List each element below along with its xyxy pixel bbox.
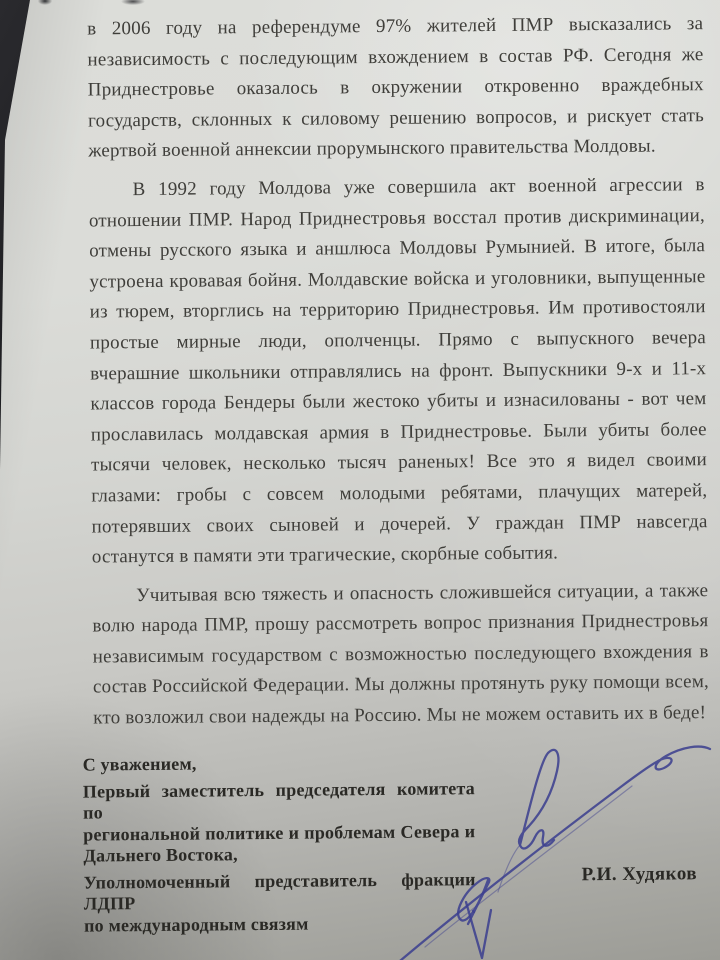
letter-paragraph-1: в 2006 году на референдуме 97% жителей П… (87, 9, 704, 167)
letter-body: в 2006 году на референдуме 97% жителей П… (87, 9, 709, 742)
handwritten-signature-ink (370, 712, 720, 960)
letter-page: в 2006 году на референдуме 97% жителей П… (0, 0, 720, 960)
letter-paragraph-3: Учитывая всю тяжесть и опасность сложивш… (92, 576, 709, 734)
letter-paragraph-2: В 1992 году Молдова уже совершила акт во… (89, 170, 708, 573)
photo-background: в 2006 году на референдуме 97% жителей П… (0, 0, 720, 960)
